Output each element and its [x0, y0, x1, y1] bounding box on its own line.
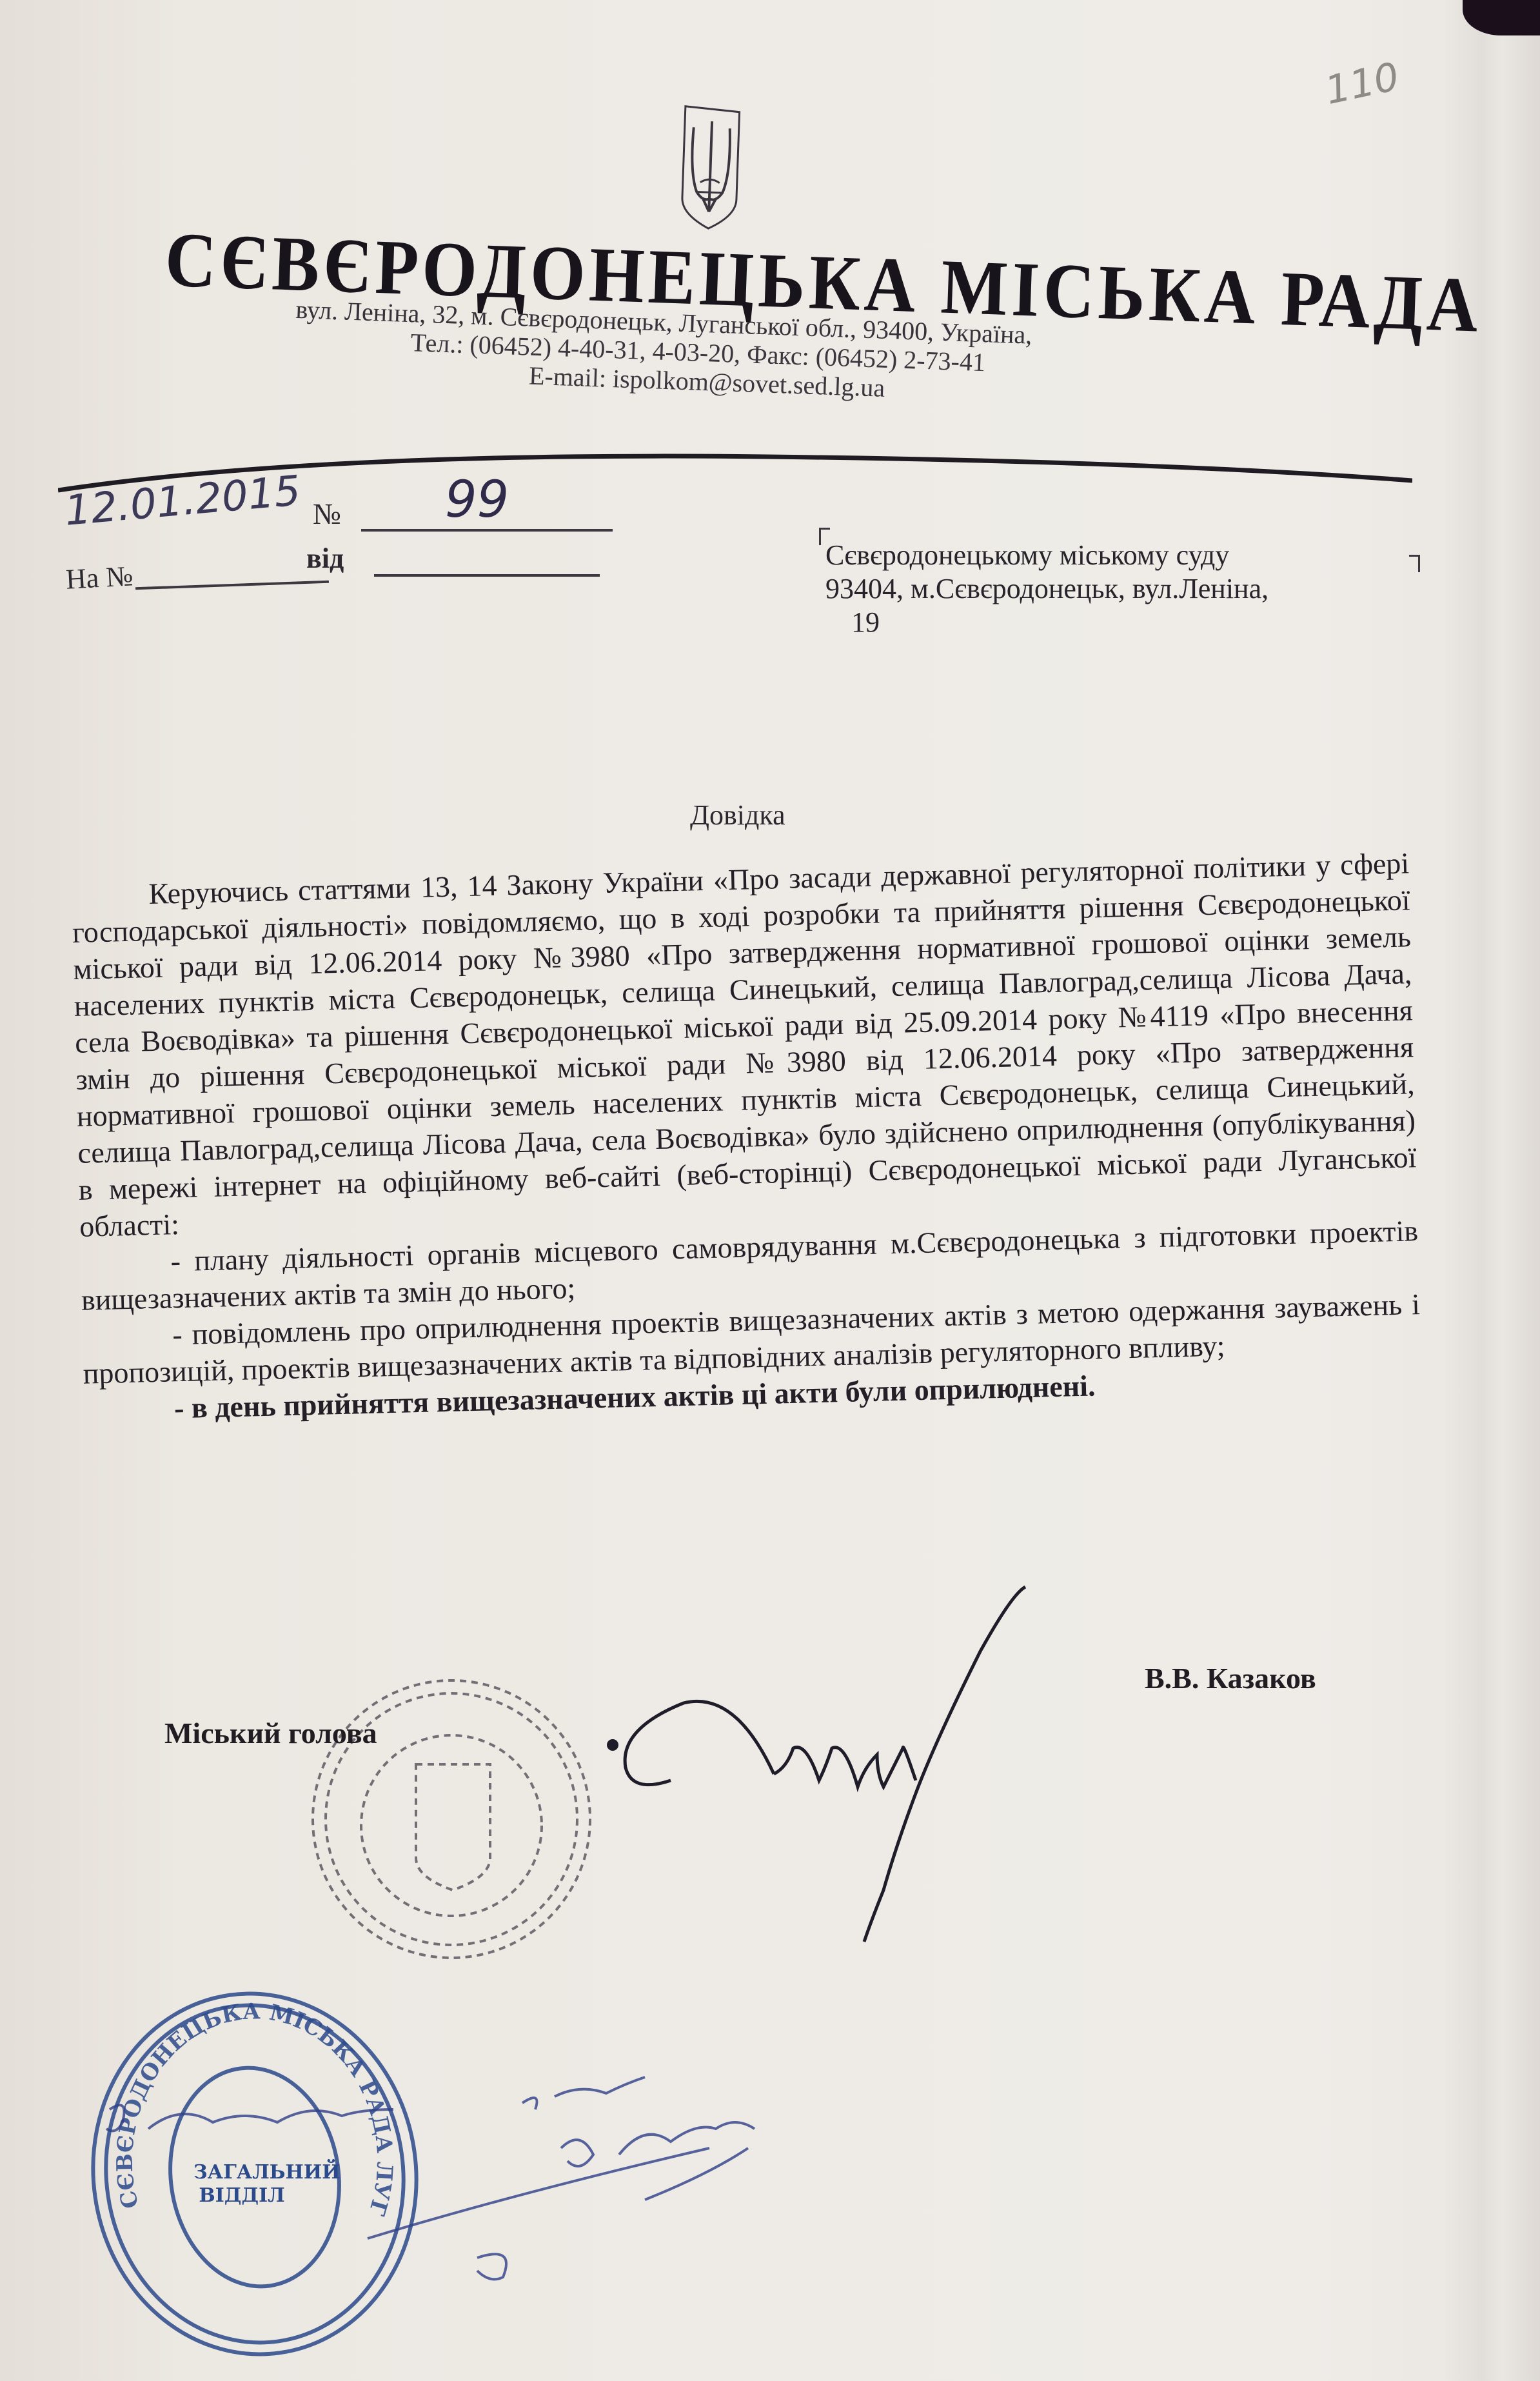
archive-page-number: 110	[1321, 54, 1403, 114]
blue-stamp-center-text: ЗАГАЛЬНИЙ ВІДДІЛ	[193, 2161, 290, 2207]
document-body: Керуючись статтями 13, 14 Закону України…	[71, 844, 1422, 1428]
reply-number-label: На №	[65, 559, 134, 595]
signer-position: Міський голова	[164, 1716, 377, 1750]
reply-number-line	[135, 581, 329, 590]
reply-from-label: від	[306, 542, 344, 575]
document-page: 110 СЄВЄРОДОНЕЦЬКА МІСЬКА РАДА вул. Лені…	[0, 0, 1540, 2381]
recipient-street: 93404, м.Сєвєродонецьк, вул.Леніна,	[825, 572, 1269, 606]
ukraine-trident-icon	[676, 101, 745, 232]
recipient-address: Сєвєродонецькому міському суду 93404, м.…	[825, 539, 1269, 639]
recipient-house: 19	[825, 606, 1269, 639]
body-paragraph: Керуючись статтями 13, 14 Закону України…	[71, 844, 1417, 1245]
signer-name: В.В. Казаков	[1145, 1661, 1316, 1695]
registration-number: 99	[445, 471, 509, 529]
recipient-corner-mark-right	[1409, 555, 1420, 572]
page-edge-shadow	[1443, 0, 1540, 2381]
registration-block: 12.01.2015 № 99 На № від	[58, 464, 638, 568]
recipient-name: Сєвєродонецькому міському суду	[825, 539, 1269, 572]
registration-number-label: №	[313, 497, 341, 531]
document-title: Довідка	[690, 799, 785, 832]
registration-date: 12.01.2015	[63, 467, 302, 535]
letterhead: СЄВЄРОДОНЕЦЬКА МІСЬКА РАДА вул. Леніна, …	[10, 0, 1540, 28]
registration-number-line	[361, 529, 613, 532]
reply-from-line	[374, 574, 600, 577]
